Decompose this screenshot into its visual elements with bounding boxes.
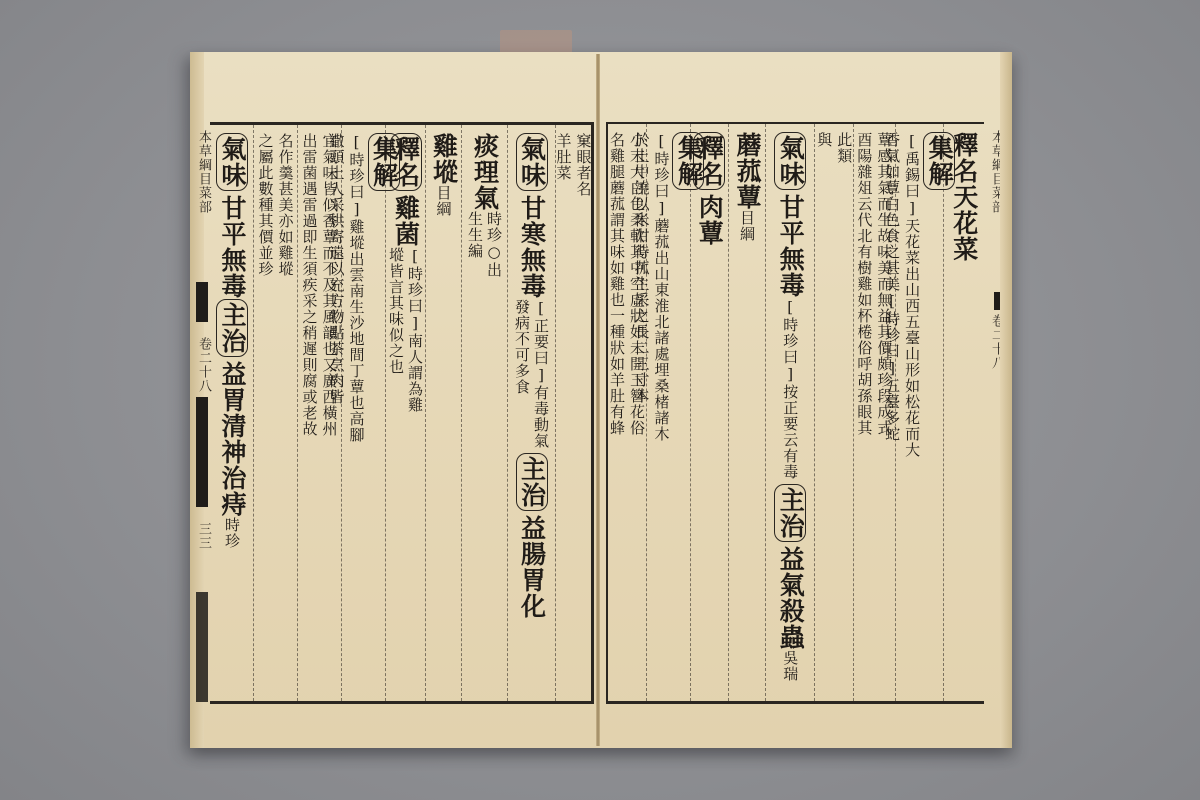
- small-text: 窠眼者名: [575, 133, 593, 701]
- text-column: 痰理氣 時珍○出 生生編: [461, 125, 507, 701]
- annotation: [時珍曰]按正要云有毒: [781, 298, 799, 480]
- left-page: 本草綱目菜部 卷二十八 三三 窠眼者名 羊肚菜 氣味 甘寒無毒 [正要曰]: [190, 52, 600, 748]
- text-column: 氣味 甘寒無毒 [正要曰]有毒動氣 發病不可多食 主治 益腸胃化: [507, 125, 555, 701]
- main-text: 益氣殺蟲: [775, 546, 805, 650]
- main-text: 痰理氣: [470, 133, 500, 211]
- small-text: 羊肚菜: [555, 133, 573, 701]
- section-tag: 氣味: [774, 132, 806, 190]
- main-text: 甘平無毒: [775, 194, 805, 298]
- small-text: 名作羹甚美亦如雞㙡: [277, 133, 295, 701]
- small-text: 此類: [835, 132, 853, 701]
- main-text: 甘平無毒: [217, 195, 247, 299]
- main-text: 益胃清神治痔: [217, 361, 247, 517]
- annotation: [時珍曰]南人謂為雞: [406, 247, 424, 413]
- ink-block: [196, 282, 208, 322]
- text-column: 名作羹甚美亦如雞㙡 之屬此數種其價並珍: [253, 125, 297, 701]
- section-tag: 集解: [923, 132, 955, 190]
- entry-heading-column: 雞㙡 目綱: [425, 125, 461, 701]
- text-column: 宜氣味皆似香蕈而不及其風韻也又廣西橫州 出雷菌遇雷過即生須疾采之稍遲則腐或老故: [297, 125, 341, 701]
- small-text: 與: [815, 132, 833, 701]
- text-column: 集解 [禹錫曰]天花菜出山西五臺山形如松花而大 香氣如蕈白色食之甚美[時珍曰]五…: [895, 124, 943, 701]
- open-book: 本草綱目菜部 卷二十八 三三 窠眼者名 羊肚菜 氣味 甘寒無毒 [正要曰]: [190, 52, 1012, 748]
- small-text: 宜氣味皆似香蕈而不及其風韻也又廣西橫州: [321, 133, 339, 701]
- text-column: 氣味 甘平無毒 [時珍曰]按正要云有毒 主治 益氣殺蟲 吳瑞: [765, 124, 814, 701]
- annotation: [正要曰]有毒動氣: [532, 299, 550, 449]
- right-edge-volume: 卷二十八: [987, 314, 1006, 370]
- left-print-frame: 窠眼者名 羊肚菜 氣味 甘寒無毒 [正要曰]有毒動氣 發病不可多食 主治 益腸胃…: [210, 122, 594, 704]
- small-text: [禹錫曰]天花菜出山西五臺山形如松花而大: [903, 132, 921, 701]
- small-text: 蕈感其氣而生故味美而無益其價頗珍段成式: [875, 132, 893, 701]
- main-text: 甘寒無毒: [517, 195, 547, 299]
- section-tag: 主治: [516, 453, 548, 511]
- section-tag: 集解: [672, 132, 704, 190]
- section-tag: 氣味: [216, 133, 248, 191]
- ink-block: [994, 292, 1004, 310]
- annotation: 生生編: [466, 211, 484, 278]
- section-tag: 集解: [368, 133, 400, 191]
- section-tag: 氣味: [516, 133, 548, 191]
- small-text: [時珍曰]蘑菰出山東淮北諸處埋桑楮諸木: [652, 132, 670, 701]
- annotation: 發病不可多食: [513, 299, 531, 449]
- entry-title: 雞㙡: [429, 133, 459, 185]
- text-column: 窠眼者名 羊肚菜: [555, 125, 591, 701]
- small-text: 小末大白色柔軟其中空虛狀如未開玉簪花俗: [628, 132, 646, 701]
- text-column: 集解 [時珍曰]蘑菰出山東淮北諸處埋桑楮諸木 於土中澆以米泔待菰生采之長二三寸本: [646, 124, 690, 701]
- main-text: 益腸胃化: [517, 515, 547, 619]
- text-column: 此類 與: [814, 124, 853, 701]
- entry-heading-column: 蘑菰蕈 目綱: [728, 124, 766, 701]
- right-page: 釋名天花菜 集解 [禹錫曰]天花菜出山西五臺山形如松花而大 香氣如蕈白色食之甚美…: [600, 52, 1012, 748]
- right-edge-label: 本草綱目菜部: [987, 130, 1006, 214]
- source-note: 目綱: [738, 210, 756, 242]
- source-note: 吳瑞: [781, 650, 799, 682]
- small-text: 出雷菌遇雷過即生須疾采之稍遲則腐或老故: [301, 133, 319, 701]
- text-column: 蕈感其氣而生故味美而無益其價頗珍段成式 酉陽雜俎云代北有樹雞如杯棬俗呼胡孫眼其: [853, 124, 894, 701]
- annotation: 時珍: [223, 517, 241, 549]
- small-text: 酉陽雜俎云代北有樹雞如杯棬俗呼胡孫眼其: [855, 132, 873, 701]
- ink-block: [196, 592, 208, 702]
- small-text: 之屬此數種其價並珍: [257, 133, 275, 701]
- text-column: 小末大白色柔軟其中空虛狀如未開玉簪花俗 名雞腿蘑菰謂其味如雞也一種狀如羊肚有蜂: [608, 124, 646, 701]
- text-column: 集解 [時珍曰]雞㙡出雲南生沙地間丁蕈也高腳 繖頭土人采烘寄遠以充方物點茶烹肉皆: [341, 125, 385, 701]
- source-note: 目綱: [435, 185, 453, 217]
- right-print-frame: 釋名天花菜 集解 [禹錫曰]天花菜出山西五臺山形如松花而大 香氣如蕈白色食之甚美…: [606, 122, 984, 704]
- annotation: 時珍○出: [485, 211, 503, 278]
- section-tag: 主治: [774, 484, 806, 542]
- ink-block: [196, 397, 208, 507]
- section-tag: 主治: [216, 299, 248, 357]
- entry-title: 蘑菰蕈: [732, 132, 762, 210]
- small-text: [時珍曰]雞㙡出雲南生沙地間丁蕈也高腳: [348, 133, 366, 701]
- small-text: 名雞腿蘑菰謂其味如雞也一種狀如羊肚有蜂: [608, 132, 626, 701]
- text-column: 氣味 甘平無毒 主治 益胃清神治痔 時珍: [211, 125, 253, 701]
